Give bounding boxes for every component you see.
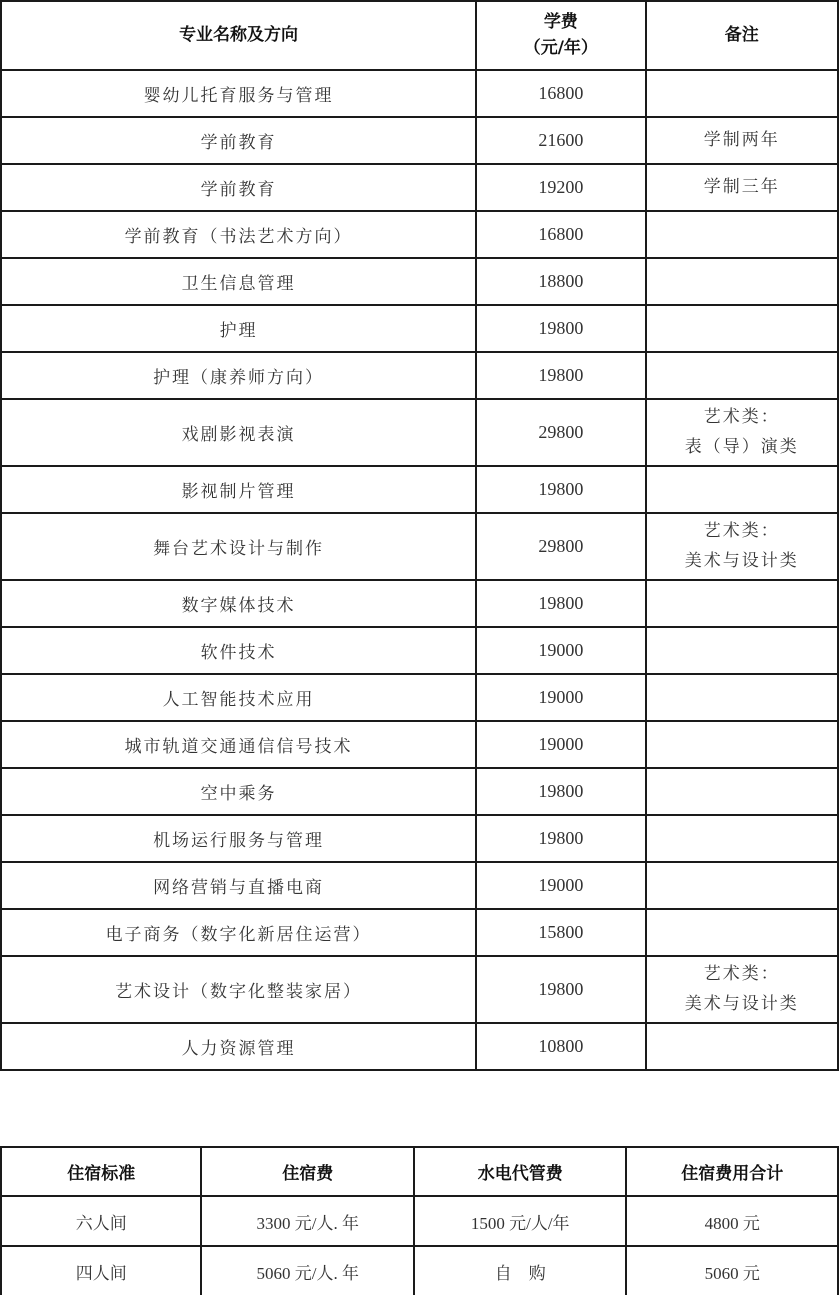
total-fee: 4800 元 [626,1196,838,1246]
note [646,674,838,721]
tuition-fee: 19000 [476,862,645,909]
tuition-fee: 19800 [476,768,645,815]
table-row: 城市轨道交通通信信号技术19000 [1,721,838,768]
accommodation-fee: 5060 元/人. 年 [201,1246,414,1295]
note [646,466,838,513]
table-row: 学前教育19200学制三年 [1,164,838,211]
tuition-fee-table: 专业名称及方向 学费 （元/年） 备注 婴幼儿托育服务与管理16800 学前教育… [0,0,839,1071]
header-tuition-label: 学费 [477,10,644,36]
room-type: 四人间 [1,1246,201,1295]
table-row: 学前教育（书法艺术方向）16800 [1,211,838,258]
tuition-fee: 19800 [476,956,645,1023]
table-row: 人力资源管理10800 [1,1023,838,1070]
table-row: 婴幼儿托育服务与管理16800 [1,70,838,117]
note-line-2: 美术与设计类 [647,990,837,1020]
tuition-fee: 16800 [476,211,645,258]
table-row: 艺术设计（数字化整装家居）19800艺术类：美术与设计类 [1,956,838,1023]
table-row: 网络营销与直播电商19000 [1,862,838,909]
note [646,1023,838,1070]
utility-fee: 1500 元/人/年 [414,1196,627,1246]
header-accommodation-fee: 住宿费 [201,1147,414,1196]
dormitory-fee-table: 住宿标准 住宿费 水电代管费 住宿费用合计 六人间 3300 元/人. 年 15… [0,1146,839,1295]
note: 学制两年 [646,117,838,164]
table-row: 护理19800 [1,305,838,352]
tuition-fee: 19200 [476,164,645,211]
table-row: 影视制片管理19800 [1,466,838,513]
table-row: 空中乘务19800 [1,768,838,815]
major-name: 护理（康养师方向） [1,352,476,399]
accommodation-fee: 3300 元/人. 年 [201,1196,414,1246]
tuition-fee: 15800 [476,909,645,956]
total-fee: 5060 元 [626,1246,838,1295]
note [646,627,838,674]
table-row: 舞台艺术设计与制作29800艺术类：美术与设计类 [1,513,838,580]
note [646,909,838,956]
tuition-fee: 19800 [476,352,645,399]
note-line-1: 艺术类： [647,960,837,990]
tuition-fee: 21600 [476,117,645,164]
note-line-2: 美术与设计类 [647,547,837,577]
tuition-fee: 19800 [476,815,645,862]
major-name: 学前教育 [1,117,476,164]
note [646,768,838,815]
room-type: 六人间 [1,1196,201,1246]
major-name: 数字媒体技术 [1,580,476,627]
tuition-fee: 19000 [476,674,645,721]
table-row: 软件技术19000 [1,627,838,674]
major-name: 护理 [1,305,476,352]
note [646,211,838,258]
tuition-fee: 19800 [476,305,645,352]
major-name: 影视制片管理 [1,466,476,513]
note: 艺术类：美术与设计类 [646,513,838,580]
table-row: 机场运行服务与管理19800 [1,815,838,862]
tuition-fee: 10800 [476,1023,645,1070]
major-name: 人工智能技术应用 [1,674,476,721]
note [646,258,838,305]
table-row: 数字媒体技术19800 [1,580,838,627]
table-row: 六人间 3300 元/人. 年 1500 元/人/年 4800 元 [1,1196,838,1246]
header-total-fee: 住宿费用合计 [626,1147,838,1196]
major-name: 城市轨道交通通信信号技术 [1,721,476,768]
header-room-type: 住宿标准 [1,1147,201,1196]
tuition-fee: 19800 [476,466,645,513]
table-row: 戏剧影视表演29800艺术类：表（导）演类 [1,399,838,466]
major-name: 网络营销与直播电商 [1,862,476,909]
major-name: 机场运行服务与管理 [1,815,476,862]
table-row: 学前教育21600学制两年 [1,117,838,164]
major-name: 舞台艺术设计与制作 [1,513,476,580]
note-line-2: 表（导）演类 [647,433,837,463]
header-tuition-unit: （元/年） [477,36,644,62]
major-name: 艺术设计（数字化整装家居） [1,956,476,1023]
note: 艺术类：表（导）演类 [646,399,838,466]
tuition-fee: 19800 [476,580,645,627]
major-name: 学前教育（书法艺术方向） [1,211,476,258]
utility-fee: 自 购 [414,1246,627,1295]
note [646,862,838,909]
tuition-fee: 19000 [476,627,645,674]
tuition-fee: 29800 [476,399,645,466]
major-name: 人力资源管理 [1,1023,476,1070]
tuition-fee: 29800 [476,513,645,580]
table-row: 四人间 5060 元/人. 年 自 购 5060 元 [1,1246,838,1295]
tuition-fee: 19000 [476,721,645,768]
table-row: 卫生信息管理18800 [1,258,838,305]
note [646,815,838,862]
note [646,352,838,399]
major-name: 软件技术 [1,627,476,674]
note [646,70,838,117]
table-header-row: 住宿标准 住宿费 水电代管费 住宿费用合计 [1,1147,838,1196]
major-name: 戏剧影视表演 [1,399,476,466]
header-utility-fee: 水电代管费 [414,1147,627,1196]
tuition-fee: 16800 [476,70,645,117]
note: 学制三年 [646,164,838,211]
table-row: 护理（康养师方向）19800 [1,352,838,399]
note-line-1: 艺术类： [647,517,837,547]
table-row: 电子商务（数字化新居住运营）15800 [1,909,838,956]
major-name: 婴幼儿托育服务与管理 [1,70,476,117]
header-major-name: 专业名称及方向 [1,1,476,70]
major-name: 电子商务（数字化新居住运营） [1,909,476,956]
major-name: 学前教育 [1,164,476,211]
major-name: 空中乘务 [1,768,476,815]
table-header-row: 专业名称及方向 学费 （元/年） 备注 [1,1,838,70]
note-line-1: 艺术类： [647,403,837,433]
tuition-fee: 18800 [476,258,645,305]
major-name: 卫生信息管理 [1,258,476,305]
header-tuition: 学费 （元/年） [476,1,645,70]
note [646,721,838,768]
note [646,580,838,627]
note [646,305,838,352]
table-row: 人工智能技术应用19000 [1,674,838,721]
note: 艺术类：美术与设计类 [646,956,838,1023]
header-notes: 备注 [646,1,838,70]
